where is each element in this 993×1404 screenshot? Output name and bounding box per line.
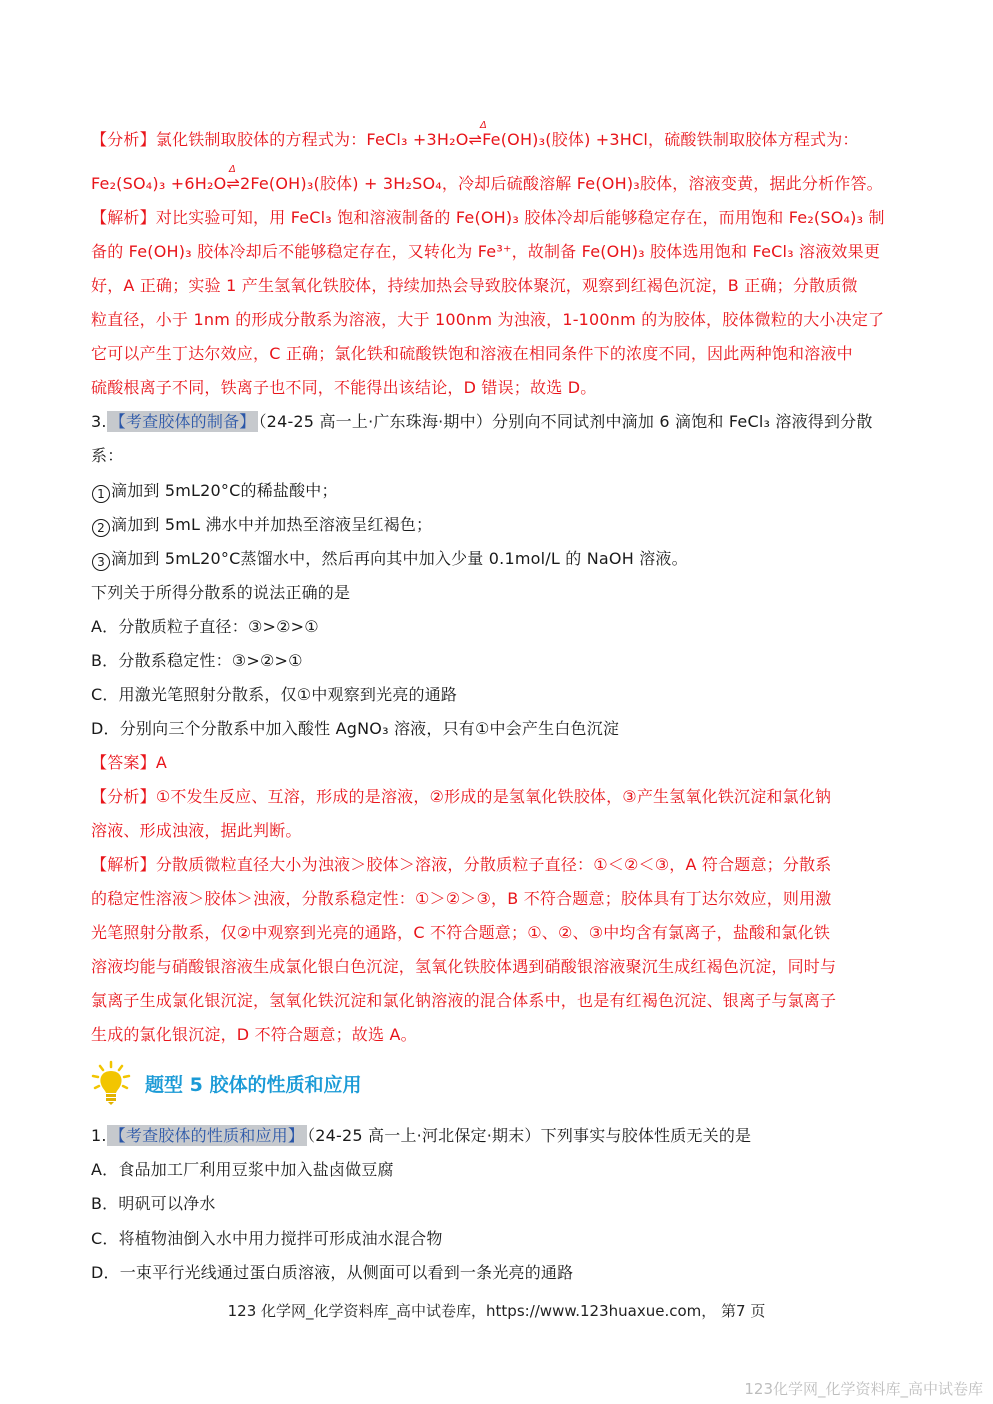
question-number: 1.: [91, 1126, 107, 1145]
question-3-explanation-line-6: 生成的氯化银沉淀，D 不符合题意；故选 A。: [91, 1025, 417, 1045]
question-3-stem-cont: 系：: [91, 446, 123, 466]
question-1-option-a[interactable]: A．食品加工厂利用豆浆中加入盐卤做豆腐: [91, 1160, 394, 1180]
page-footer: 123 化学网_化学资料库_高中试卷库，https://www.123huaxu…: [0, 1300, 993, 1321]
question-1-option-d[interactable]: D．一束平行光线通过蛋白质溶液，从侧面可以看到一条光亮的通路: [91, 1263, 573, 1283]
question-tag: 【考查胶体的制备】: [107, 411, 259, 432]
prev-explanation-line-2: 备的 Fe(OH)₃ 胶体冷却后不能够稳定存在，又转化为 Fe³⁺，故制备 Fe…: [91, 242, 880, 262]
question-3-answer: 【答案】A: [91, 753, 167, 773]
answer-value: A: [156, 753, 167, 772]
circled-number: 2: [92, 519, 110, 537]
question-3-option-a[interactable]: A．分散质粒子直径：③>②>①: [91, 617, 319, 637]
question-3-explanation-line-1: 【解析】分散质微粒直径大小为浊液＞胶体＞溶液，分散质粒子直径：①＜②＜③，A 符…: [91, 855, 831, 875]
question-source: （24-25 高一上·广东珠海·期中）: [258, 412, 492, 431]
question-1-option-c[interactable]: C．将植物油倒入水中用力搅拌可形成油水混合物: [91, 1229, 443, 1249]
section-heading: 题型 5 胶体的性质和应用: [91, 1058, 361, 1108]
question-3-item-1: 1滴加到 5mL20°C的稀盐酸中；: [91, 481, 338, 503]
prev-analysis-label: 【分析】: [91, 130, 156, 149]
prev-explanation-line-6: 硫酸根离子不同，铁离子也不同，不能得出该结论，D 错误；故选 D。: [91, 378, 596, 398]
question-3-analysis-line-2: 溶液、形成浊液，据此判断。: [91, 821, 302, 841]
question-3-explanation-line-2: 的稳定性溶液＞胶体＞浊液，分散系稳定性：①＞②＞③，B 不符合题意；胶体具有丁达…: [91, 889, 832, 909]
question-3-prompt: 下列关于所得分散系的说法正确的是: [91, 583, 350, 603]
prev-explanation-line-1: 【解析】对比实验可知，用 FeCl₃ 饱和溶液制备的 Fe(OH)₃ 胶体冷却后…: [91, 208, 885, 228]
question-1-stem: 1.【考查胶体的性质和应用】（24-25 高一上·河北保定·期末）下列事实与胶体…: [91, 1126, 751, 1146]
prev-explanation-line-5: 它可以产生丁达尔效应，C 正确；氯化铁和硫酸铁饱和溶液在相同条件下的浓度不同，因…: [91, 344, 853, 364]
question-1-option-b[interactable]: B．明矾可以净水: [91, 1194, 216, 1214]
question-source: （24-25 高一上·河北保定·期末）: [307, 1126, 541, 1145]
analysis-label: 【分析】: [91, 787, 156, 806]
prev-explanation-label: 【解析】: [91, 208, 156, 227]
prev-explanation-line-3: 好，A 正确；实验 1 产生氢氧化铁胶体，持续加热会导致胶体聚沉，观察到红褐色沉…: [91, 276, 858, 296]
prev-explanation-line-4: 粒直径，小于 1nm 的形成分散系为溶液，大于 100nm 为浊液，1-100n…: [91, 310, 884, 330]
question-3-explanation-line-3: 光笔照射分散系，仅②中观察到光亮的通路，C 不符合题意；①、②、③中均含有氯离子…: [91, 923, 830, 943]
question-3-analysis-line-1: 【分析】①不发生反应、互溶，形成的是溶液，②形成的是氢氧化铁胶体，③产生氢氧化铁…: [91, 787, 831, 807]
question-3-item-2: 2滴加到 5mL 沸水中并加热至溶液呈红褐色；: [91, 515, 432, 537]
question-3-option-c[interactable]: C．用激光笔照射分散系，仅①中观察到光亮的通路: [91, 685, 457, 705]
document-page: Δ 【分析】氯化铁制取胶体的方程式为：FeCl₃ +3H₂O⇌Fe(OH)₃(胶…: [0, 0, 993, 1404]
question-3-item-3: 3滴加到 5mL20°C蒸馏水中，然后再向其中加入少量 0.1mol/L 的 N…: [91, 549, 688, 571]
question-3-explanation-line-5: 氯离子生成氯化银沉淀，氢氧化铁沉淀和氯化钠溶液的混合体系中，也是有红褐色沉淀、银…: [91, 991, 836, 1011]
lightbulb-icon: [91, 1060, 131, 1106]
question-3-explanation-line-4: 溶液均能与硝酸银溶液生成氯化银白色沉淀，氢氧化铁胶体遇到硝酸银溶液聚沉生成红褐色…: [91, 957, 836, 977]
prev-analysis-line-1: 【分析】氯化铁制取胶体的方程式为：FeCl₃ +3H₂O⇌Fe(OH)₃(胶体)…: [91, 130, 859, 150]
question-3-option-b[interactable]: B．分散系稳定性：③>②>①: [91, 651, 303, 671]
watermark: 123化学网_化学资料库_高中试卷库: [744, 1378, 983, 1399]
question-3-stem: 3.【考查胶体的制备】（24-25 高一上·广东珠海·期中）分别向不同试剂中滴加…: [91, 412, 873, 432]
answer-label: 【答案】: [91, 753, 156, 772]
circled-number: 1: [92, 485, 110, 503]
explanation-label: 【解析】: [91, 855, 156, 874]
question-3-option-d[interactable]: D．分别向三个分散系中加入酸性 AgNO₃ 溶液，只有①中会产生白色沉淀: [91, 719, 619, 739]
prev-analysis-line-2: Fe₂(SO₄)₃ +6H₂O⇌2Fe(OH)₃(胶体) + 3H₂SO₄，冷却…: [91, 174, 883, 194]
question-number: 3.: [91, 412, 107, 431]
circled-number: 3: [92, 553, 110, 571]
question-tag: 【考查胶体的性质和应用】: [107, 1125, 307, 1146]
section-title: 题型 5 胶体的性质和应用: [145, 1070, 361, 1097]
